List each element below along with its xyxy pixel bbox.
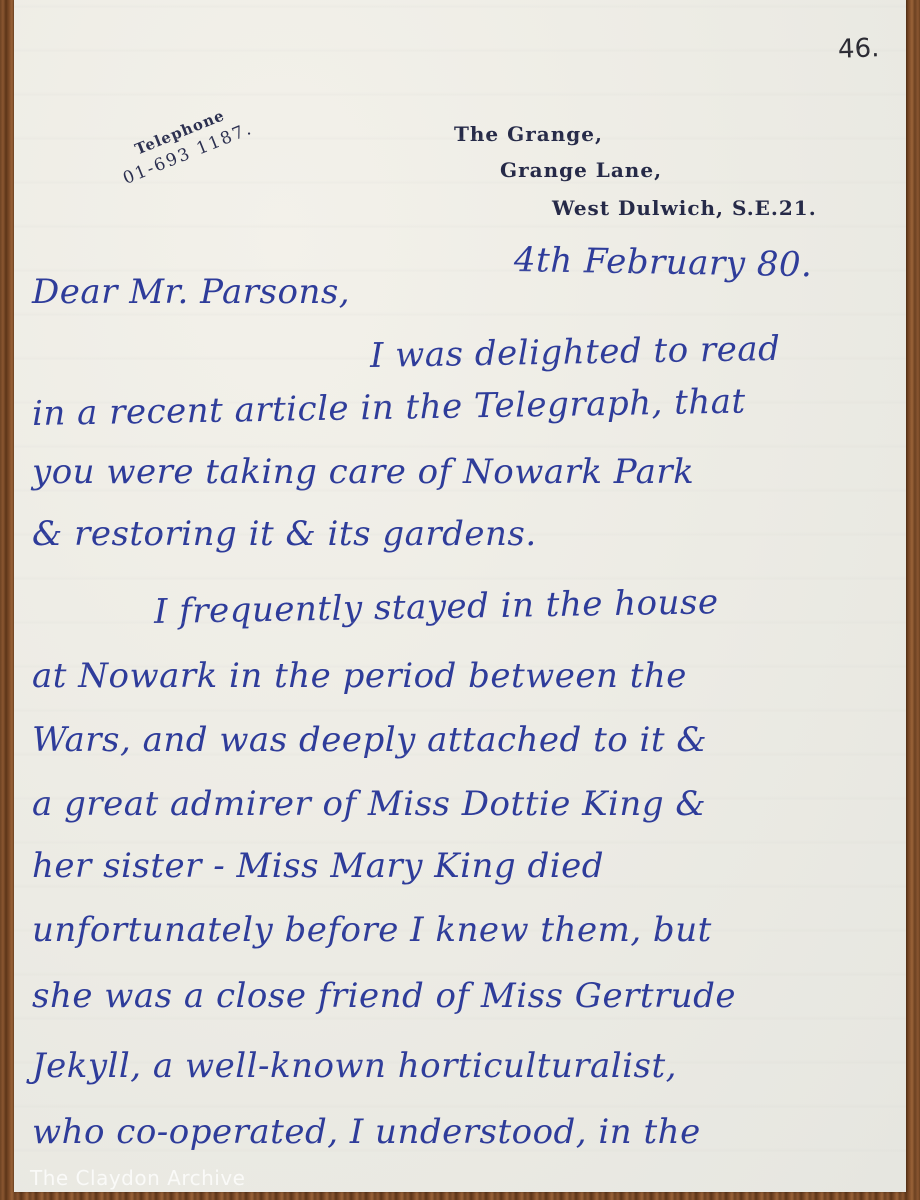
letter-date: 4th February 80. (514, 240, 813, 285)
letterhead-address-line-3: West Dulwich, S.E.21. (552, 196, 817, 220)
body-line: I frequently stayed in the house (154, 582, 719, 632)
body-line: in a recent article in the Telegraph, th… (32, 382, 746, 434)
letterhead-address-line-1: The Grange, (454, 122, 603, 146)
body-line: Wars, and was deeply attached to it & (32, 720, 707, 760)
letterhead-telephone: Telephone 01-693 1187. (112, 98, 256, 189)
letterhead-address-line-2: Grange Lane, (500, 158, 662, 182)
archive-watermark: The Claydon Archive (30, 1166, 245, 1190)
body-line: Jekyll, a well-known horticulturalist, (32, 1046, 677, 1086)
body-line: who co-operated, I understood, in the (32, 1112, 701, 1152)
salutation: Dear Mr. Parsons, (32, 272, 350, 312)
letter-page: 46. Telephone 01-693 1187. The Grange, G… (14, 0, 906, 1192)
body-line: a great admirer of Miss Dottie King & (32, 784, 706, 824)
body-line: unfortunately before I knew them, but (32, 910, 712, 950)
body-line: you were taking care of Nowark Park (32, 452, 694, 492)
body-line: at Nowark in the period between the (32, 656, 687, 696)
body-line: I was delighted to read (370, 329, 781, 376)
page-number: 46. (837, 33, 879, 64)
body-line: & restoring it & its gardens. (32, 514, 537, 554)
body-line: her sister - Miss Mary King died (32, 846, 604, 886)
body-line: she was a close friend of Miss Gertrude (32, 976, 736, 1016)
